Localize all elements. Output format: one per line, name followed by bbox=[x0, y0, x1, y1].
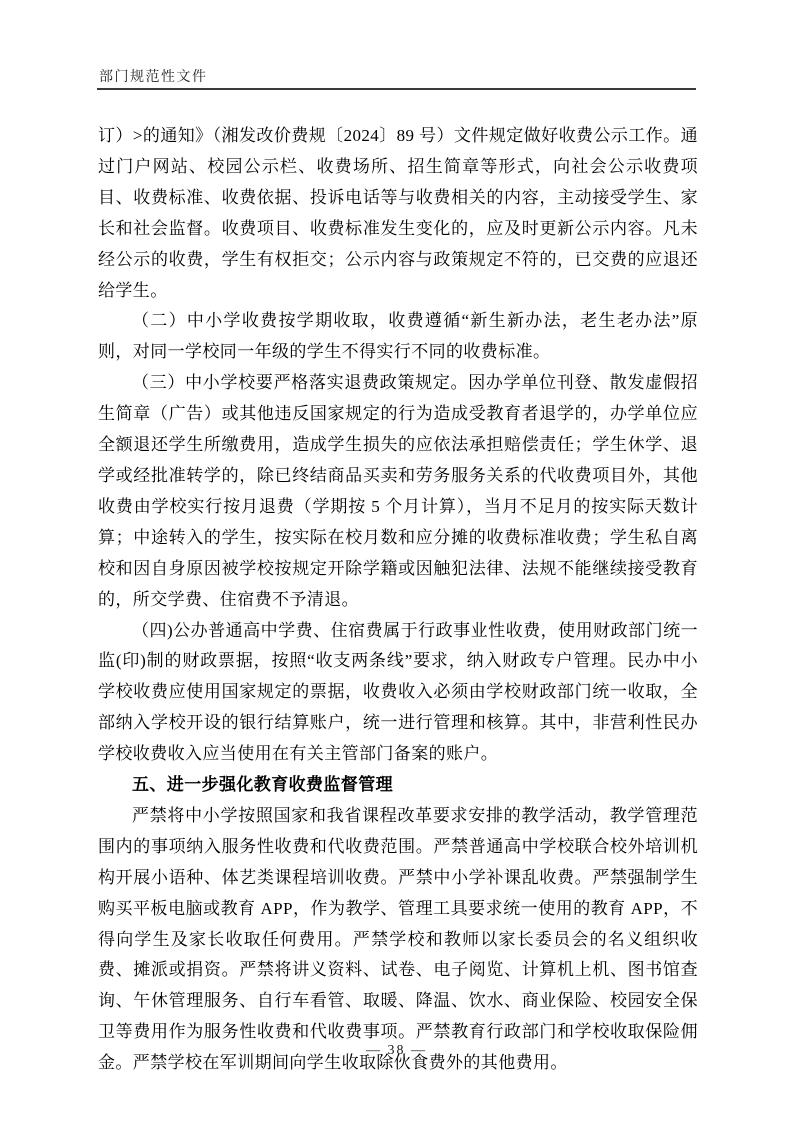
body-paragraph-item-3: （三）中小学校要严格落实退费政策规定。因办学单位刊登、散发虚假招生简章（广告）或… bbox=[98, 368, 698, 615]
section-heading: 五、进一步强化教育收费监督管理 bbox=[98, 770, 698, 801]
document-body: 订）>的通知》（湘发改价费规〔2024〕89 号）文件规定做好收费公示工作。通过… bbox=[98, 121, 698, 1079]
body-paragraph-item-4: （四)公办普通高中学费、住宿费属于行政事业性收费，使用财政部门统一监(印)制的财… bbox=[98, 616, 698, 771]
body-paragraph-continuation: 订）>的通知》（湘发改价费规〔2024〕89 号）文件规定做好收费公示工作。通过… bbox=[98, 121, 698, 306]
running-header: 部门规范性文件 bbox=[99, 66, 208, 86]
document-page: 部门规范性文件 订）>的通知》（湘发改价费规〔2024〕89 号）文件规定做好收… bbox=[0, 0, 793, 1122]
header-rule-divider bbox=[97, 88, 696, 90]
page-number: — 38 — bbox=[0, 1043, 793, 1059]
body-paragraph-item-2: （二）中小学收费按学期收取，收费遵循“新生新办法，老生老办法”原则，对同一学校同… bbox=[98, 306, 698, 368]
body-paragraph-section-5: 严禁将中小学按照国家和我省课程改革要求安排的教学活动，教学管理范围内的事项纳入服… bbox=[98, 801, 698, 1079]
